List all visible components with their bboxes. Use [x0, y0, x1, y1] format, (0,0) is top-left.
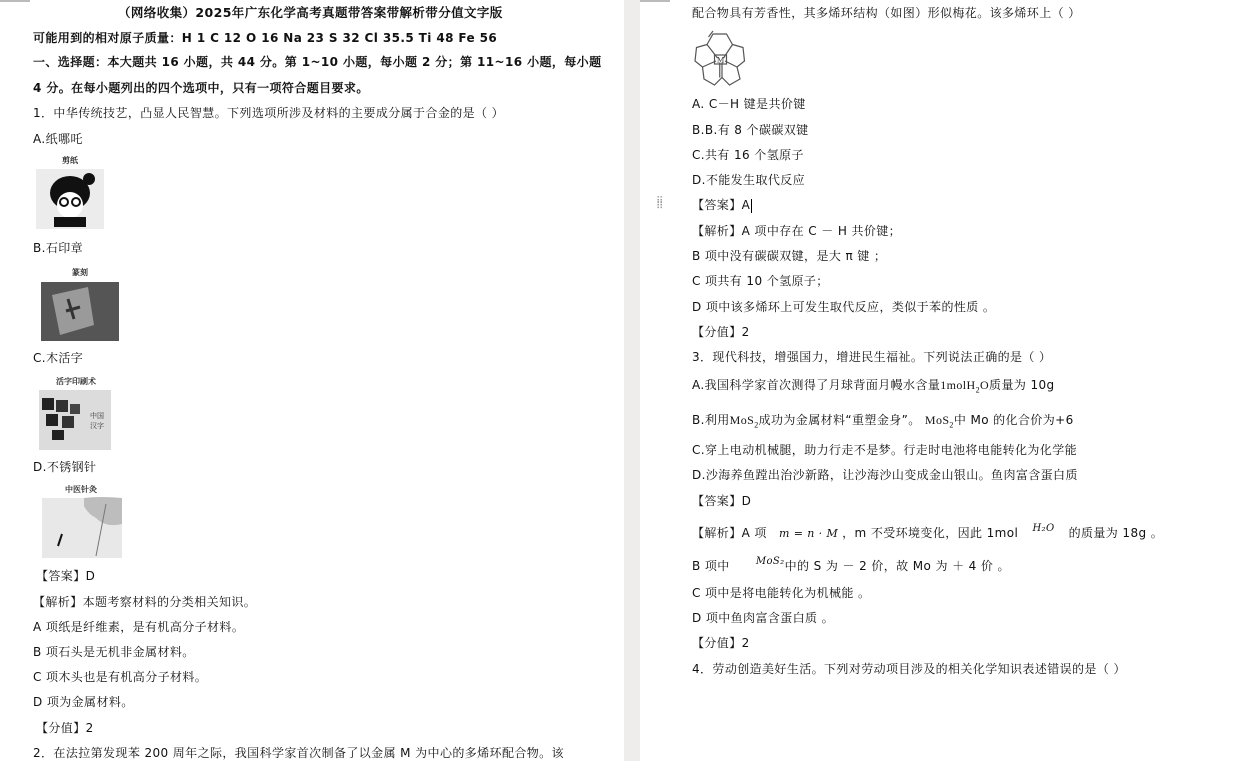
paper-cut-image: 剪纸 [34, 155, 106, 230]
paragraph-drag-handle-icon[interactable]: ⠿⠿ [656, 199, 666, 213]
movable-type-image: 活字印刷术 中国 汉字 [38, 376, 114, 452]
q1-option-a: A.纸哪吒 [33, 131, 83, 147]
q2-stem-continued: 配合物具有芳香性，其多烯环结构（如图）形似梅花。该多烯环上（ ） [692, 5, 1081, 21]
q1-analysis-intro: 【解析】本题考察材料的分类相关知识。 [33, 594, 256, 610]
q1-option-c: C.木活字 [33, 350, 83, 366]
page-corner-mark [640, 0, 670, 2]
svg-text:中国: 中国 [90, 411, 104, 420]
q1-stem: 1．中华传统技艺，凸显人民智慧。下列选项所涉及材料的主要成分属于合金的是（ ） [33, 105, 504, 121]
q1-option-b: B.石印章 [33, 240, 83, 256]
polyene-ring-figure: M [692, 28, 752, 88]
q1-analysis-d: D 项为金属材料。 [33, 694, 134, 710]
q3-option-b: B.利用MoS2成功为金属材料“重塑金身”。 MoS2中 Mo 的化合价为+6 [692, 412, 1074, 433]
document-page-right: 配合物具有芳香性，其多烯环结构（如图）形似梅花。该多烯环上（ ） M A. C－… [640, 0, 1250, 761]
q1-analysis-c: C 项木头也是有机高分子材料。 [33, 669, 207, 685]
q1-score: 【分值】2 [36, 720, 94, 736]
q2-analysis-b: B 项中没有碳碳双键，是大 π 键 ； [692, 248, 886, 264]
formula-mos2: MoS₂ [756, 556, 785, 567]
formula-h2o: H₂O [1032, 523, 1054, 534]
section-heading-line1: 一、选择题：本大题共 16 小题，共 44 分。第 1~10 小题，每小题 2 … [33, 54, 602, 70]
q2-analysis-c: C 项共有 10 个氢原子； [692, 273, 829, 289]
q2-stem-start: 2．在法拉第发现苯 200 周年之际，我国科学家首次制备了以金属 M 为中心的多… [33, 745, 564, 761]
answer-value[interactable]: A [742, 198, 751, 212]
q2-option-d: D.不能发生取代反应 [692, 172, 805, 188]
q3-option-a: A.我国科学家首次测得了月球背面月幔水含量1molH2O质量为 10g [692, 377, 1055, 398]
q3-analysis-d: D 项中鱼肉富含蛋白质 。 [692, 610, 834, 626]
stone-seal-image: 篆刻 [38, 267, 122, 343]
document-title: （网络收集）2025年广东化学高考真题带答案带解析带分值文字版 [118, 5, 503, 21]
document-page-left: （网络收集）2025年广东化学高考真题带答案带解析带分值文字版 可能用到的相对原… [0, 0, 624, 761]
q3-analysis-c: C 项中是将电能转化为机械能 。 [692, 585, 870, 601]
q1-analysis-a: A 项纸是纤维素，是有机高分子材料。 [33, 619, 244, 635]
q3-stem: 3．现代科技，增强国力，增进民生福祉。下列说法正确的是（ ） [692, 349, 1051, 365]
q1-answer: 【答案】D [36, 568, 95, 584]
q2-answer[interactable]: 【答案】A [692, 197, 752, 213]
acupuncture-image: 中医针灸 [40, 484, 122, 558]
q2-analysis-a: 【解析】A 项中存在 C － H 共价键； [692, 223, 901, 239]
q2-option-a: A. C－H 键是共价键 [692, 96, 806, 112]
q2-analysis-d: D 项中该多烯环上可发生取代反应，类似于苯的性质 。 [692, 299, 995, 315]
text-cursor [751, 199, 752, 213]
q2-option-b: B.B.有 8 个碳碳双键 [692, 122, 809, 138]
q1-option-d: D.不锈钢针 [33, 459, 96, 475]
svg-text:汉字: 汉字 [90, 421, 104, 430]
q2-option-c: C.共有 16 个氢原子 [692, 147, 804, 163]
page-corner-mark [0, 0, 30, 2]
q3-analysis-a: 【解析】A 项 m = n · M，m 不受环境变化，因此 1mol H₂O的质… [692, 525, 1163, 543]
svg-text:M: M [717, 56, 725, 65]
atomic-masses: 可能用到的相对原子质量：H 1 C 12 O 16 Na 23 S 32 Cl … [33, 30, 497, 46]
q4-stem: 4．劳动创造美好生活。下列对劳动项目涉及的相关化学知识表述错误的是（ ） [692, 661, 1126, 677]
formula-m-n-m: m = n · M [779, 527, 838, 540]
q3-analysis-b: B 项中 MoS₂中的 S 为 － 2 价，故 Mo 为 ＋ 4 价 。 [692, 558, 1010, 576]
q1-analysis-b: B 项石头是无机非金属材料。 [33, 644, 195, 660]
answer-prefix: 【答案】 [692, 198, 742, 212]
q2-score: 【分值】2 [692, 324, 750, 340]
q3-option-c: C.穿上电动机械腿，助力行走不是梦。行走时电池将电能转化为化学能 [692, 442, 1077, 458]
q3-option-d: D.沙海养鱼蹚出治沙新路，让沙海沙山变成金山银山。鱼肉富含蛋白质 [692, 467, 1078, 483]
page-gutter [624, 0, 640, 761]
q3-answer: 【答案】D [692, 493, 751, 509]
section-heading-line2: 4 分。在每小题列出的四个选项中，只有一项符合题目要求。 [33, 80, 369, 96]
q3-score: 【分值】2 [692, 635, 750, 651]
